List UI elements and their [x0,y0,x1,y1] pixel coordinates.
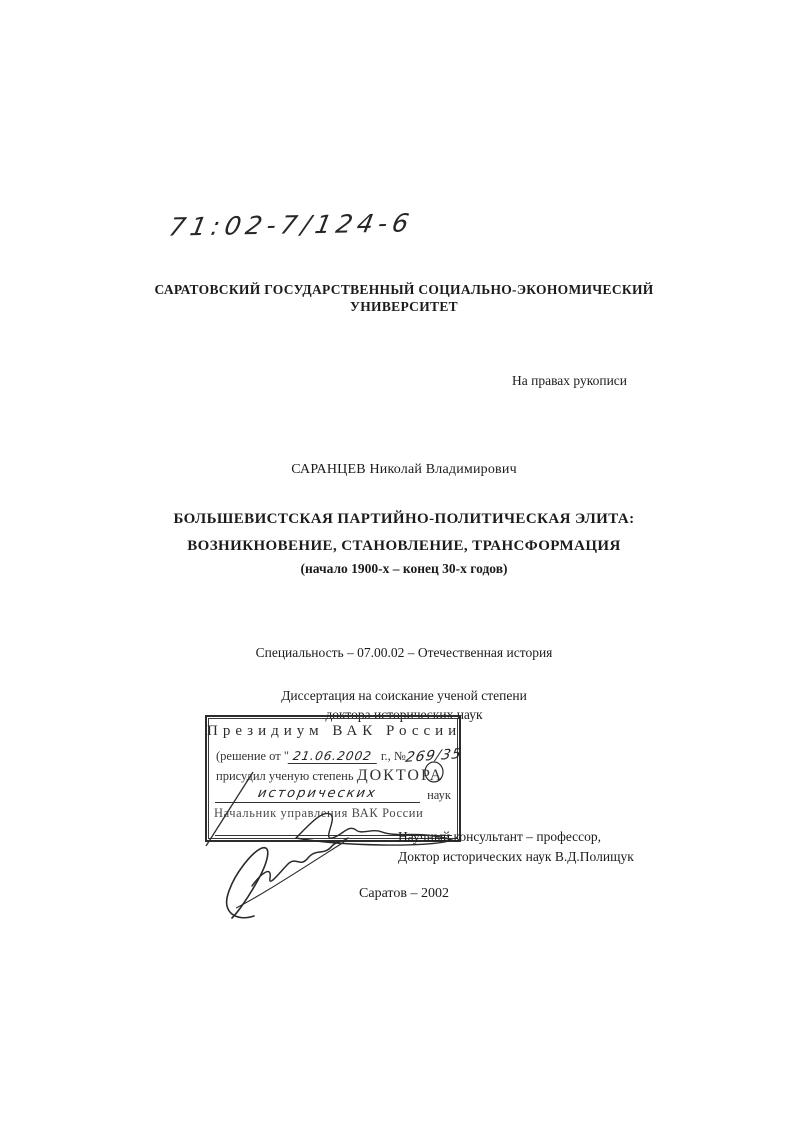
city-year: Саратов – 2002 [104,886,704,902]
stamp-degree-word: ДОКТОРА [357,767,444,784]
stamp-official-line: Начальник управления ВАК России [214,806,460,821]
university-name-line2: УНИВЕРСИТЕТ [104,298,704,315]
stamp-decision-mid: г., № [381,749,406,763]
consultant-block: Научный консультант – профессор, Доктор … [398,827,678,867]
specialty-line: Специальность – 07.00.02 – Отечественная… [104,645,704,661]
university-name: САРАТОВСКИЙ ГОСУДАРСТВЕННЫЙ СОЦИАЛЬНО-ЭК… [104,281,704,315]
stamp-decision-line: (решение от "21.06.2002 г., №269/35 [216,748,456,764]
consultant-line1: Научный консультант – профессор, [398,827,678,847]
dissertation-title-line2: ВОЗНИКНОВЕНИЕ, СТАНОВЛЕНИЕ, ТРАНСФОРМАЦИ… [104,538,704,555]
stamp-handwritten-date: 21.06.2002 [288,749,379,764]
dissertation-title-page: 71:02-7/124-6 САРАТОВСКИЙ ГОСУДАРСТВЕННЫ… [0,0,795,1124]
stamp-decision-prefix: (решение от " [216,749,289,763]
author-signature-tail [252,838,348,886]
manuscript-rights-note: На правах рукописи [512,373,627,389]
stamp-header: Президиум ВАК России [207,723,459,740]
consultant-line2: Доктор исторических наук В.Д.Полищук [398,847,678,867]
stamp-award-prefix: присудил ученую степень [216,769,357,783]
stamp-award-line: присудил ученую степень ДОКТОРА [216,767,460,785]
handwritten-catalog-number: 71:02-7/124-6 [167,207,474,241]
stamp-handwritten-number: 269/35 [404,746,463,766]
author-name: САРАНЦЕВ Николай Владимирович [104,462,704,478]
dissertation-statement-line1: Диссертация на соискание ученой степени [104,688,704,704]
dissertation-title-line1: БОЛЬШЕВИСТСКАЯ ПАРТИЙНО-ПОЛИТИЧЕСКАЯ ЭЛИ… [104,511,704,528]
stamp-field-line: исторических наук [215,786,451,803]
university-name-line1: САРАТОВСКИЙ ГОСУДАРСТВЕННЫЙ СОЦИАЛЬНО-ЭК… [104,281,704,298]
dissertation-period: (начало 1900-х – конец 30-х годов) [104,561,704,577]
stamp-field-suffix: наук [427,788,451,803]
vak-approval-stamp: Президиум ВАК России (решение от "21.06.… [205,715,461,842]
stamp-handwritten-field: исторических [257,786,378,801]
author-signature [227,848,268,918]
stamp-field-underline: исторических [215,786,420,803]
